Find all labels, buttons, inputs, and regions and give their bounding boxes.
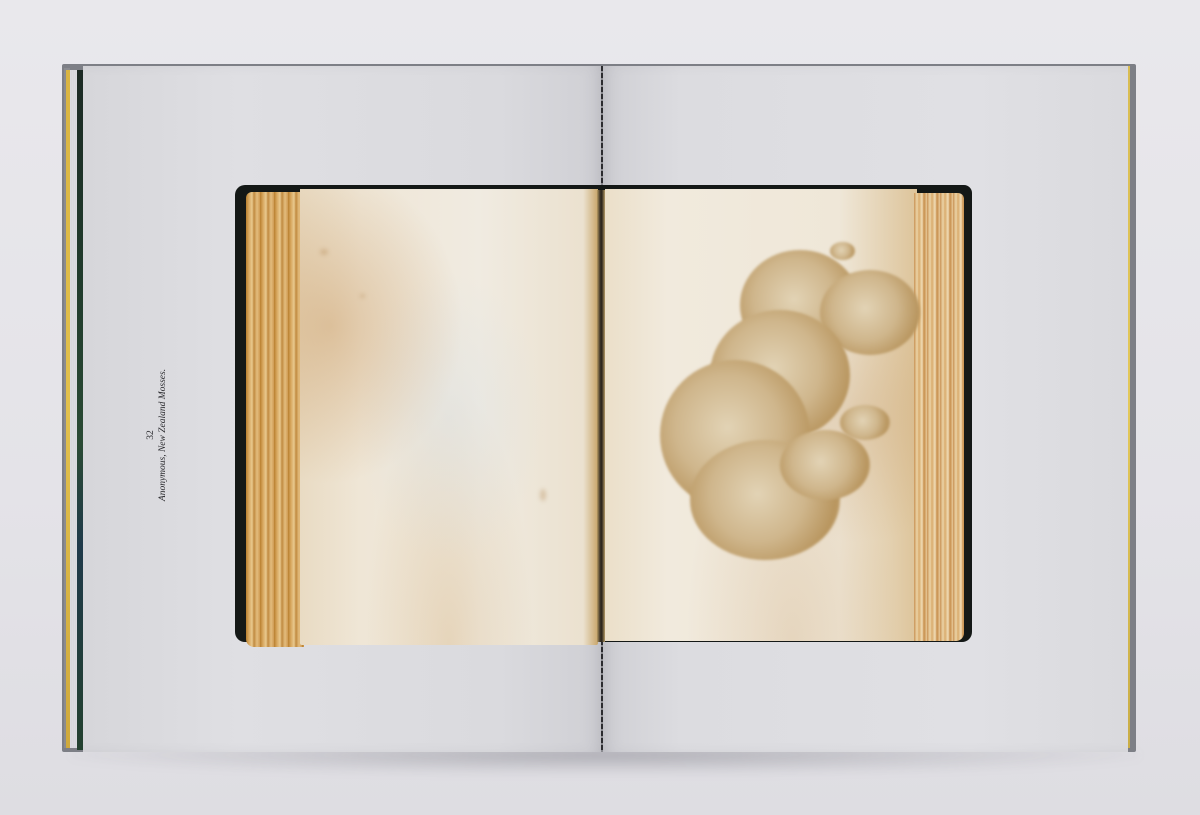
caption-title-text: Anonymous, New Zealand Mosses. — [158, 369, 168, 501]
antique-book-gutter — [597, 190, 605, 642]
caption-number: 32 — [145, 350, 157, 520]
foxing-spot — [360, 294, 365, 298]
moss-stem — [840, 405, 890, 440]
antique-page-left — [300, 189, 598, 645]
foxing-spot — [320, 249, 328, 255]
moss-specimen — [650, 240, 930, 580]
photo-scene: 32 Anonymous, New Zealand Mosses. — [0, 0, 1200, 815]
caption: 32 Anonymous, New Zealand Mosses. — [145, 350, 185, 520]
caption-title: Anonymous, New Zealand Mosses. — [157, 350, 169, 520]
moss-clump — [780, 430, 870, 500]
antique-page-edges-left — [246, 192, 304, 647]
moss-fragment — [830, 242, 855, 260]
foxing-spot — [540, 489, 546, 501]
